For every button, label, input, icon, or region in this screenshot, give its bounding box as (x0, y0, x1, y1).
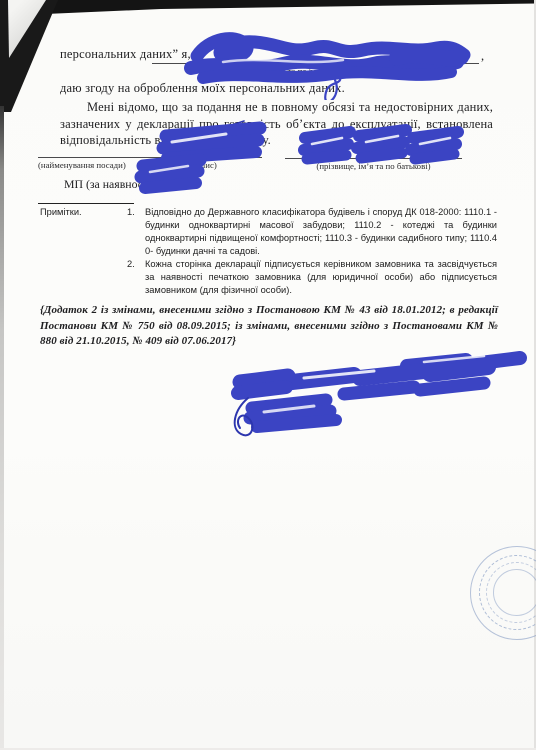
note-1-text: Відповідно до Державного класифікатора б… (145, 206, 497, 258)
line1-text: персональних даних” я, (60, 47, 191, 62)
fullname-redaction-scribble (298, 124, 464, 168)
scanned-document-page: персональних даних” я, , (прізвище, ім’я… (0, 0, 536, 750)
note-1-number: 1. (127, 206, 145, 219)
note-2-text: Кожна сторінка декларації підписується к… (145, 258, 497, 297)
note-2-number: 2. (127, 258, 145, 271)
notes-list: 1. Відповідно до Державного класифікатор… (127, 206, 497, 297)
position-signature-redaction-scribble (130, 120, 272, 196)
name-redaction-scribble (183, 26, 477, 100)
line1-trailing-comma: , (481, 49, 484, 64)
scan-left-edge (0, 106, 4, 750)
large-signature-redaction-scribble (224, 350, 532, 450)
position-caption: (найменування посади) (38, 160, 126, 170)
amendment-note: {Додаток 2 із змінами, внесеними згідно … (40, 303, 498, 350)
note-item-2: 2. Кожна сторінка декларації підписуєтьс… (127, 258, 497, 297)
footnote-separator (38, 203, 134, 204)
note-item-1: 1. Відповідно до Державного класифікатор… (127, 206, 497, 258)
stamp-inner-ring (493, 569, 536, 616)
round-seal-stamp (470, 546, 536, 646)
notes-label: Примітки. (40, 206, 82, 219)
scan-top-edge (0, 0, 536, 16)
